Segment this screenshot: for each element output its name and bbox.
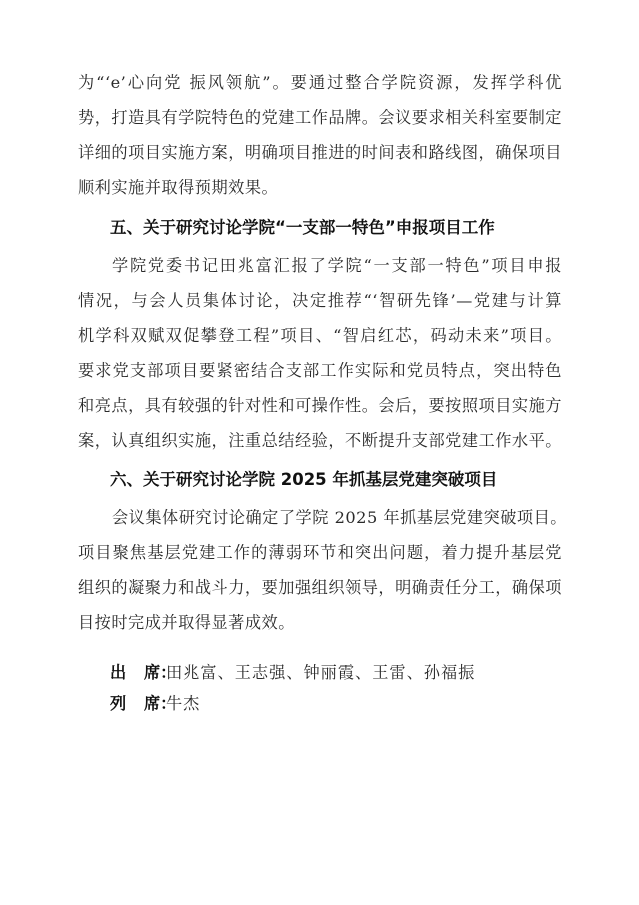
paragraph-line: 机学科双赋双促攀登工程”项目、“智启红芯，码动未来”项目。 (78, 324, 562, 348)
paragraph-line: 势，打造具有学院特色的党建工作品牌。会议要求相关科室要制定 (78, 106, 562, 130)
attendance-observer-label: 列席： (110, 692, 166, 716)
attendance-present: 出席：田兆富、王志强、钟丽霞、王雷、孙福振 (110, 661, 475, 685)
paragraph-line: 项目聚焦基层党建工作的薄弱环节和突出问题，着力提升基层党 (78, 541, 562, 565)
attendance-observer: 列席：牛杰 (110, 692, 200, 716)
paragraph-line: 组织的凝聚力和战斗力，要加强组织领导，明确责任分工，确保项 (78, 576, 562, 600)
paragraph-line: 详细的项目实施方案，明确项目推进的时间表和路线图，确保项目 (78, 141, 562, 165)
paragraph-line: 和亮点，具有较强的针对性和可操作性。会后，要按照项目实施方 (78, 394, 562, 418)
paragraph-line: 目按时完成并取得显著成效。 (78, 611, 295, 635)
paragraph-line: 学院党委书记田兆富汇报了学院“一支部一特色”项目申报 (112, 254, 562, 278)
section-heading-6: 六、关于研究讨论学院 2025 年抓基层党建突破项目 (110, 467, 497, 493)
section-heading-5: 五、关于研究讨论学院“一支部一特色”申报项目工作 (110, 215, 495, 241)
attendance-present-label: 出席： (110, 661, 166, 685)
paragraph-line: 会议集体研究讨论确定了学院 2025 年抓基层党建突破项目。 (112, 506, 562, 530)
attendance-present-names: 田兆富、王志强、钟丽霞、王雷、孙福振 (166, 663, 475, 682)
paragraph-line: 要求党支部项目要紧密结合支部工作实际和党员特点，突出特色 (78, 359, 562, 383)
attendance-observer-names: 牛杰 (166, 694, 200, 713)
paragraph-line: 顺利实施并取得预期效果。 (78, 176, 278, 200)
paragraph-line: 情况，与会人员集体讨论，决定推荐“‘智研先锋’—党建与计算 (78, 289, 562, 313)
paragraph-line: 为“‘e’心向党 振风领航”。要通过整合学院资源，发挥学科优 (78, 71, 562, 95)
paragraph-line: 案，认真组织实施，注重总结经验，不断提升支部党建工作水平。 (78, 429, 562, 453)
document-page: 为“‘e’心向党 振风领航”。要通过整合学院资源，发挥学科优 势，打造具有学院特… (0, 0, 639, 905)
